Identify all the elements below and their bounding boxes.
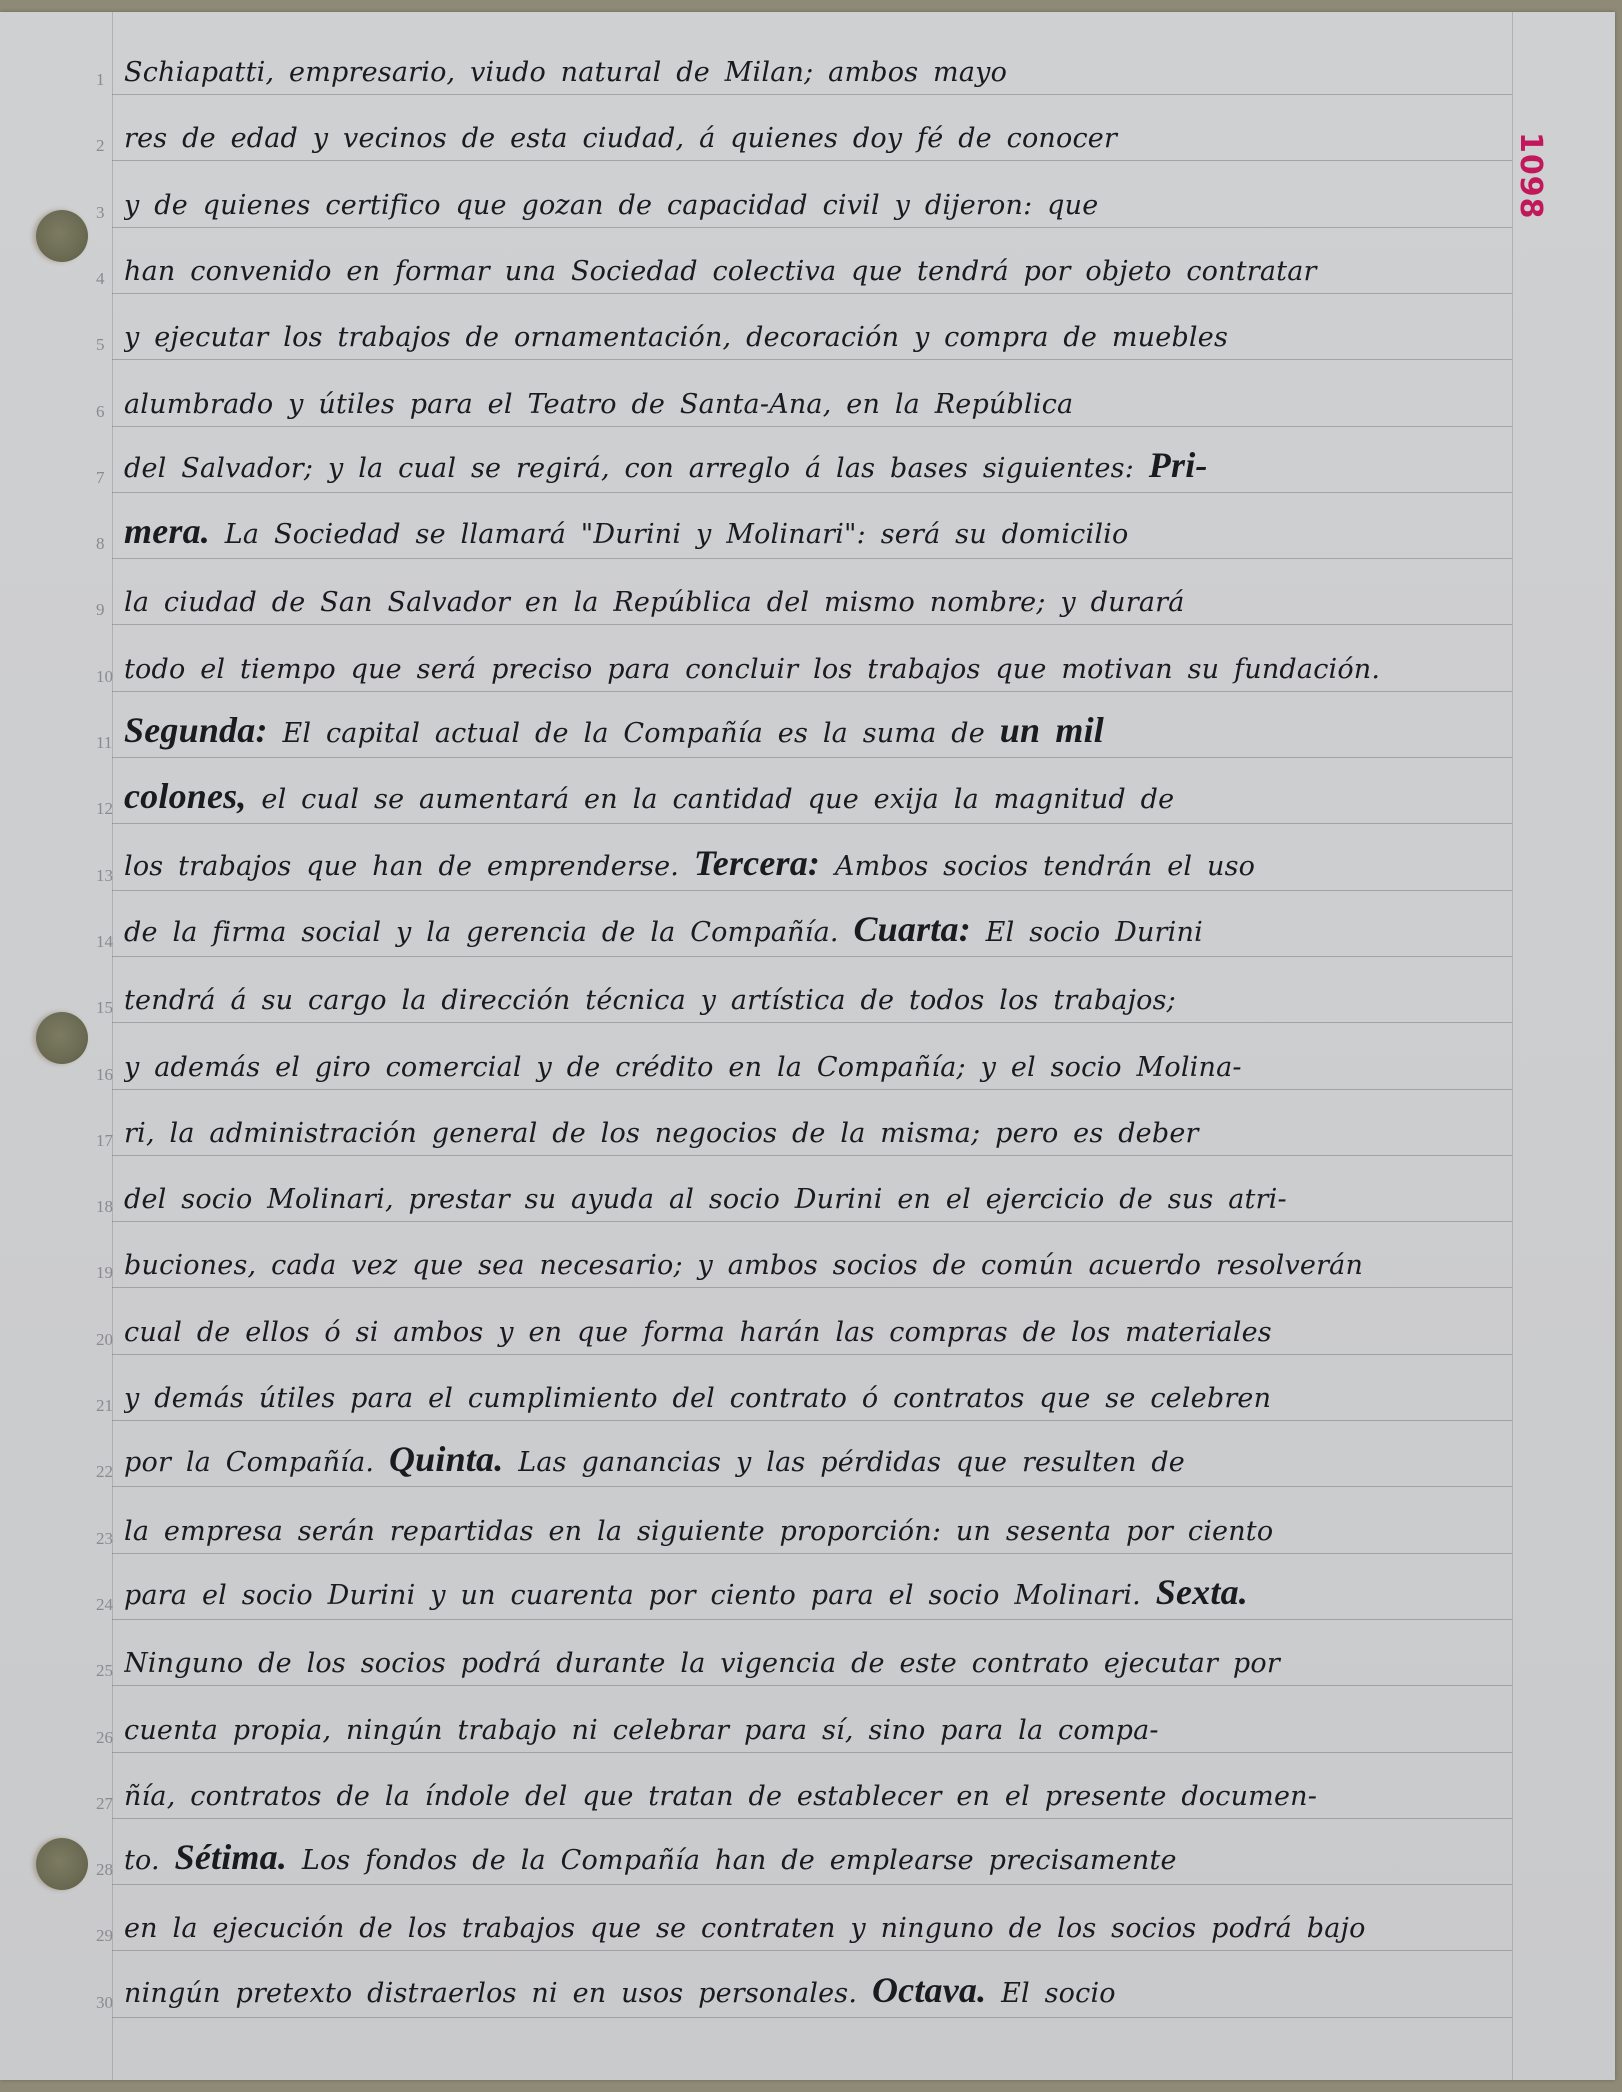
line-number: 1 bbox=[96, 70, 105, 90]
line-number: 27 bbox=[96, 1794, 113, 1814]
line-number: 28 bbox=[96, 1860, 113, 1880]
line-text: Schiapatti, empresario, viudo natural de… bbox=[124, 57, 1512, 88]
line-text: cuenta propia, ningún trabajo ni celebra… bbox=[124, 1715, 1512, 1746]
line-number: 15 bbox=[96, 998, 113, 1018]
line-number: 4 bbox=[96, 269, 105, 289]
document-line: 8mera. La Sociedad se llamará "Durini y … bbox=[112, 494, 1512, 559]
line-number: 8 bbox=[96, 534, 105, 554]
line-text: colones, el cual se aumentará en la cant… bbox=[124, 775, 1512, 817]
line-number: 9 bbox=[96, 600, 105, 620]
line-text: tendrá á su cargo la dirección técnica y… bbox=[124, 985, 1512, 1016]
line-number: 23 bbox=[96, 1529, 113, 1549]
line-text: ri, la administración general de los neg… bbox=[124, 1118, 1512, 1149]
line-number: 24 bbox=[96, 1595, 113, 1615]
document-line: 20cual de ellos ó si ambos y en que form… bbox=[112, 1290, 1512, 1355]
line-text: han convenido en formar una Sociedad col… bbox=[124, 256, 1512, 287]
document-line: 9la ciudad de San Salvador en la Repúbli… bbox=[112, 560, 1512, 625]
document-line: 27ñía, contratos de la índole del que tr… bbox=[112, 1754, 1512, 1819]
line-text: por la Compañía. Quinta. Las ganancias y… bbox=[124, 1438, 1512, 1480]
line-text: la ciudad de San Salvador en la Repúblic… bbox=[124, 587, 1512, 618]
line-number: 6 bbox=[96, 402, 105, 422]
document-line: 19buciones, cada vez que sea necesario; … bbox=[112, 1223, 1512, 1288]
clause-heading: Sexta. bbox=[1156, 1572, 1248, 1612]
line-number: 19 bbox=[96, 1263, 113, 1283]
line-text: y ejecutar los trabajos de ornamentación… bbox=[124, 322, 1512, 353]
document-line: 12colones, el cual se aumentará en la ca… bbox=[112, 759, 1512, 824]
line-number: 2 bbox=[96, 136, 105, 156]
line-text: los trabajos que han de emprenderse. Ter… bbox=[124, 842, 1512, 884]
document-line: 25Ninguno de los socios podrá durante la… bbox=[112, 1621, 1512, 1686]
document-line: 16y además el giro comercial y de crédit… bbox=[112, 1025, 1512, 1090]
document-line: 23la empresa serán repartidas en la sigu… bbox=[112, 1489, 1512, 1554]
document-line: 29en la ejecución de los trabajos que se… bbox=[112, 1886, 1512, 1951]
clause-heading: Pri- bbox=[1149, 445, 1208, 485]
document-line: 6alumbrado y útiles para el Teatro de Sa… bbox=[112, 362, 1512, 427]
document-line: 18del socio Molinari, prestar su ayuda a… bbox=[112, 1157, 1512, 1222]
punch-hole-middle bbox=[36, 1012, 88, 1064]
document-line: 17ri, la administración general de los n… bbox=[112, 1091, 1512, 1156]
document-line: 7del Salvador; y la cual se regirá, con … bbox=[112, 428, 1512, 493]
line-number: 11 bbox=[96, 733, 112, 753]
line-text: todo el tiempo que será preciso para con… bbox=[124, 654, 1512, 685]
document-line: 1Schiapatti, empresario, viudo natural d… bbox=[112, 30, 1512, 95]
line-text: para el socio Durini y un cuarenta por c… bbox=[124, 1571, 1512, 1613]
document-line: 14de la firma social y la gerencia de la… bbox=[112, 892, 1512, 957]
line-text: ningún pretexto distraerlos ni en usos p… bbox=[124, 1969, 1512, 2011]
line-text: del Salvador; y la cual se regirá, con a… bbox=[124, 444, 1512, 486]
line-number: 5 bbox=[96, 335, 105, 355]
clause-heading: mera. bbox=[124, 511, 210, 551]
clause-heading: Quinta. bbox=[389, 1439, 503, 1479]
line-number: 29 bbox=[96, 1926, 113, 1946]
line-number: 26 bbox=[96, 1728, 113, 1748]
line-number: 20 bbox=[96, 1330, 113, 1350]
document-line: 2res de edad y vecinos de esta ciudad, á… bbox=[112, 96, 1512, 161]
clause-heading: Sétima. bbox=[175, 1837, 287, 1877]
punch-hole-top bbox=[36, 210, 88, 262]
line-text: Ninguno de los socios podrá durante la v… bbox=[124, 1648, 1512, 1679]
line-text: en la ejecución de los trabajos que se c… bbox=[124, 1913, 1512, 1944]
line-text: ñía, contratos de la índole del que trat… bbox=[124, 1781, 1512, 1812]
line-text: y de quienes certifico que gozan de capa… bbox=[124, 190, 1512, 221]
line-text: de la firma social y la gerencia de la C… bbox=[124, 908, 1512, 950]
document-line: 26cuenta propia, ningún trabajo ni celeb… bbox=[112, 1688, 1512, 1753]
punch-hole-bottom bbox=[36, 1838, 88, 1890]
line-number: 22 bbox=[96, 1462, 113, 1482]
line-text: cual de ellos ó si ambos y en que forma … bbox=[124, 1317, 1512, 1348]
document-line: 28to. Sétima. Los fondos de la Compañía … bbox=[112, 1820, 1512, 1885]
line-number: 30 bbox=[96, 1993, 113, 2013]
line-text: to. Sétima. Los fondos de la Compañía ha… bbox=[124, 1836, 1512, 1878]
clause-heading: Cuarta: bbox=[853, 909, 970, 949]
clause-heading: colones, bbox=[124, 776, 247, 816]
document-line: 24para el socio Durini y un cuarenta por… bbox=[112, 1555, 1512, 1620]
line-text: mera. La Sociedad se llamará "Durini y M… bbox=[124, 510, 1512, 552]
document-line: 21y demás útiles para el cumplimiento de… bbox=[112, 1356, 1512, 1421]
line-number: 7 bbox=[96, 468, 105, 488]
document-line: 5y ejecutar los trabajos de ornamentació… bbox=[112, 295, 1512, 360]
clause-heading: Segunda: bbox=[124, 710, 268, 750]
line-number: 25 bbox=[96, 1661, 113, 1681]
right-margin-rule bbox=[1512, 12, 1513, 2080]
line-number: 10 bbox=[96, 667, 113, 687]
line-text: y además el giro comercial y de crédito … bbox=[124, 1052, 1512, 1083]
line-text: res de edad y vecinos de esta ciudad, á … bbox=[124, 123, 1512, 154]
document-line: 30ningún pretexto distraerlos ni en usos… bbox=[112, 1953, 1512, 2018]
folio-stamp: 1098 bbox=[1513, 132, 1548, 220]
amount-emphasis: un mil bbox=[1000, 710, 1104, 750]
document-line: 10todo el tiempo que será preciso para c… bbox=[112, 627, 1512, 692]
line-text: del socio Molinari, prestar su ayuda al … bbox=[124, 1184, 1512, 1215]
document-page: 1098 1Schiapatti, empresario, viudo natu… bbox=[0, 12, 1615, 2080]
clause-heading: Octava. bbox=[872, 1970, 986, 2010]
document-line: 4han convenido en formar una Sociedad co… bbox=[112, 229, 1512, 294]
line-number: 3 bbox=[96, 203, 105, 223]
line-number: 16 bbox=[96, 1065, 113, 1085]
line-number: 17 bbox=[96, 1131, 113, 1151]
document-line: 22por la Compañía. Quinta. Las ganancias… bbox=[112, 1422, 1512, 1487]
document-line: 11Segunda: El capital actual de la Compa… bbox=[112, 693, 1512, 758]
document-line: 3y de quienes certifico que gozan de cap… bbox=[112, 163, 1512, 228]
line-text: y demás útiles para el cumplimiento del … bbox=[124, 1383, 1512, 1414]
line-text: buciones, cada vez que sea necesario; y … bbox=[124, 1250, 1512, 1281]
line-number: 13 bbox=[96, 866, 113, 886]
line-number: 12 bbox=[96, 799, 113, 819]
line-number: 21 bbox=[96, 1396, 113, 1416]
clause-heading: Tercera: bbox=[694, 843, 820, 883]
line-number: 14 bbox=[96, 932, 113, 952]
document-line: 15tendrá á su cargo la dirección técnica… bbox=[112, 958, 1512, 1023]
line-text: Segunda: El capital actual de la Compañí… bbox=[124, 709, 1512, 751]
line-text: alumbrado y útiles para el Teatro de San… bbox=[124, 389, 1512, 420]
line-number: 18 bbox=[96, 1197, 113, 1217]
line-text: la empresa serán repartidas en la siguie… bbox=[124, 1516, 1512, 1547]
document-line: 13los trabajos que han de emprenderse. T… bbox=[112, 826, 1512, 891]
